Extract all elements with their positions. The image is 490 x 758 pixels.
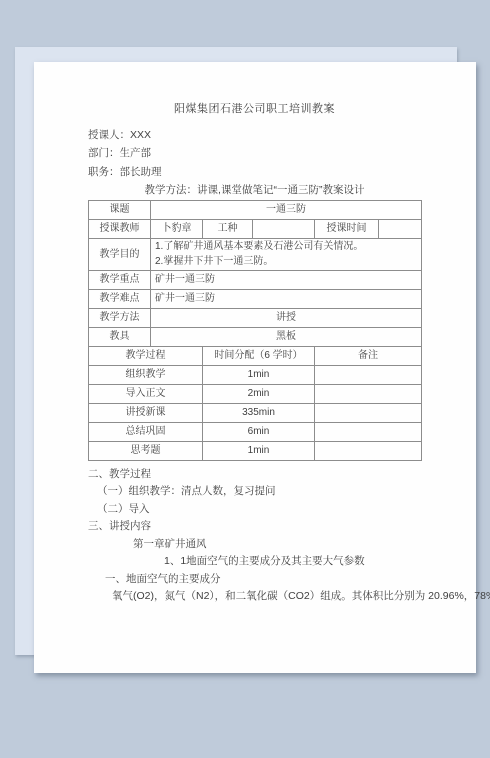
process-step-name: 总结巩固: [89, 422, 203, 441]
outline-item-2-1: （一）组织教学：清点人数，复习提问: [97, 483, 421, 501]
document-preview-canvas: 阳煤集团石港公司职工培训教案 授课人：XXX 部门：生产部 职务：部长助理 教学…: [0, 0, 490, 758]
table-row-purpose: 教学目的 1.了解矿井通风基本要素及石港公司有关情况。 2.掌握井下井下一通三防…: [89, 238, 422, 270]
process-step-time: 2min: [203, 384, 315, 403]
process-step-time: 6min: [203, 422, 315, 441]
table-row-teacher: 授课教师 卜豹章 工种 授课时间: [89, 219, 422, 238]
process-header-col1: 教学过程: [89, 346, 203, 365]
process-step-name: 讲授新课: [89, 403, 203, 422]
table-row-method: 教学方法 讲授: [89, 308, 422, 327]
outline-section-2: 二、教学过程: [88, 466, 421, 484]
teaching-method-line: 教学方法：讲课,课堂做笔记“一通三防”教案设计: [88, 181, 421, 200]
air-composition-paragraph: 氧气(O2)，氮气（N2），和二氧化碳（CO2）组成。其体积比分别为 20.96…: [88, 588, 421, 606]
process-step-time: 1min: [203, 441, 315, 460]
focus-value: 矿井一通三防: [151, 270, 422, 289]
teacher-label: 授课教师: [89, 219, 151, 238]
topic-label: 课题: [89, 200, 151, 219]
worktype-value: [253, 219, 315, 238]
process-step-note: [315, 403, 422, 422]
difficulty-label: 教学难点: [89, 289, 151, 308]
process-header-col2: 时间分配（6 学时）: [203, 346, 315, 365]
tools-value: 黑板: [151, 327, 422, 346]
lecture-time-label: 授课时间: [315, 219, 379, 238]
worktype-label: 工种: [203, 219, 253, 238]
table-row-process-header: 教学过程 时间分配（6 学时） 备注: [89, 346, 422, 365]
outline-chapter-title: 第一章矿井通风: [133, 536, 421, 554]
process-step-note: [315, 384, 422, 403]
process-step-name: 导入正文: [89, 384, 203, 403]
meta-lecturer: 授课人：XXX: [88, 126, 421, 145]
outline-item-2-2: （二）导入: [97, 501, 421, 519]
table-row-process-3: 讲授新课 335min: [89, 403, 422, 422]
outline-subsection-title: 1、1地面空气的主要成分及其主要大气参数: [164, 553, 421, 571]
document-title: 阳煤集团石港公司职工培训教案: [88, 100, 421, 119]
process-step-time: 335min: [203, 403, 315, 422]
teacher-name: 卜豹章: [151, 219, 203, 238]
process-step-note: [315, 365, 422, 384]
method-label: 教学方法: [89, 308, 151, 327]
process-step-time: 1min: [203, 365, 315, 384]
topic-value: 一通三防: [151, 200, 422, 219]
purpose-label: 教学目的: [89, 238, 151, 270]
table-row-tools: 教具 黑板: [89, 327, 422, 346]
process-step-name: 思考题: [89, 441, 203, 460]
purpose-value: 1.了解矿井通风基本要素及石港公司有关情况。 2.掌握井下井下一通三防。: [151, 238, 422, 270]
method-value: 讲授: [151, 308, 422, 327]
process-step-note: [315, 441, 422, 460]
lecture-time-value: [379, 219, 422, 238]
process-step-name: 组织教学: [89, 365, 203, 384]
tools-label: 教具: [89, 327, 151, 346]
table-row-process-4: 总结巩固 6min: [89, 422, 422, 441]
purpose-line-2: 2.掌握井下井下一通三防。: [155, 254, 417, 269]
outline-topic-title: 一、地面空气的主要成分: [105, 571, 421, 589]
lesson-outline: 二、教学过程 （一）组织教学：清点人数，复习提问 （二）导入 三、讲授内容 第一…: [88, 466, 421, 606]
document-page: 阳煤集团石港公司职工培训教案 授课人：XXX 部门：生产部 职务：部长助理 教学…: [34, 62, 476, 673]
table-row-focus: 教学重点 矿井一通三防: [89, 270, 422, 289]
focus-label: 教学重点: [89, 270, 151, 289]
meta-department: 部门：生产部: [88, 144, 421, 163]
table-row-topic: 课题 一通三防: [89, 200, 422, 219]
meta-position: 职务：部长助理: [88, 163, 421, 182]
table-row-process-5: 思考题 1min: [89, 441, 422, 460]
difficulty-value: 矿井一通三防: [151, 289, 422, 308]
purpose-line-1: 1.了解矿井通风基本要素及石港公司有关情况。: [155, 239, 417, 254]
table-row-process-1: 组织教学 1min: [89, 365, 422, 384]
outline-section-3: 三、讲授内容: [88, 518, 421, 536]
process-header-col3: 备注: [315, 346, 422, 365]
table-row-difficulty: 教学难点 矿井一通三防: [89, 289, 422, 308]
table-row-process-2: 导入正文 2min: [89, 384, 422, 403]
process-step-note: [315, 422, 422, 441]
lesson-plan-table: 课题 一通三防 授课教师 卜豹章 工种 授课时间 教学目的 1.了解矿井通风基本…: [88, 200, 422, 461]
